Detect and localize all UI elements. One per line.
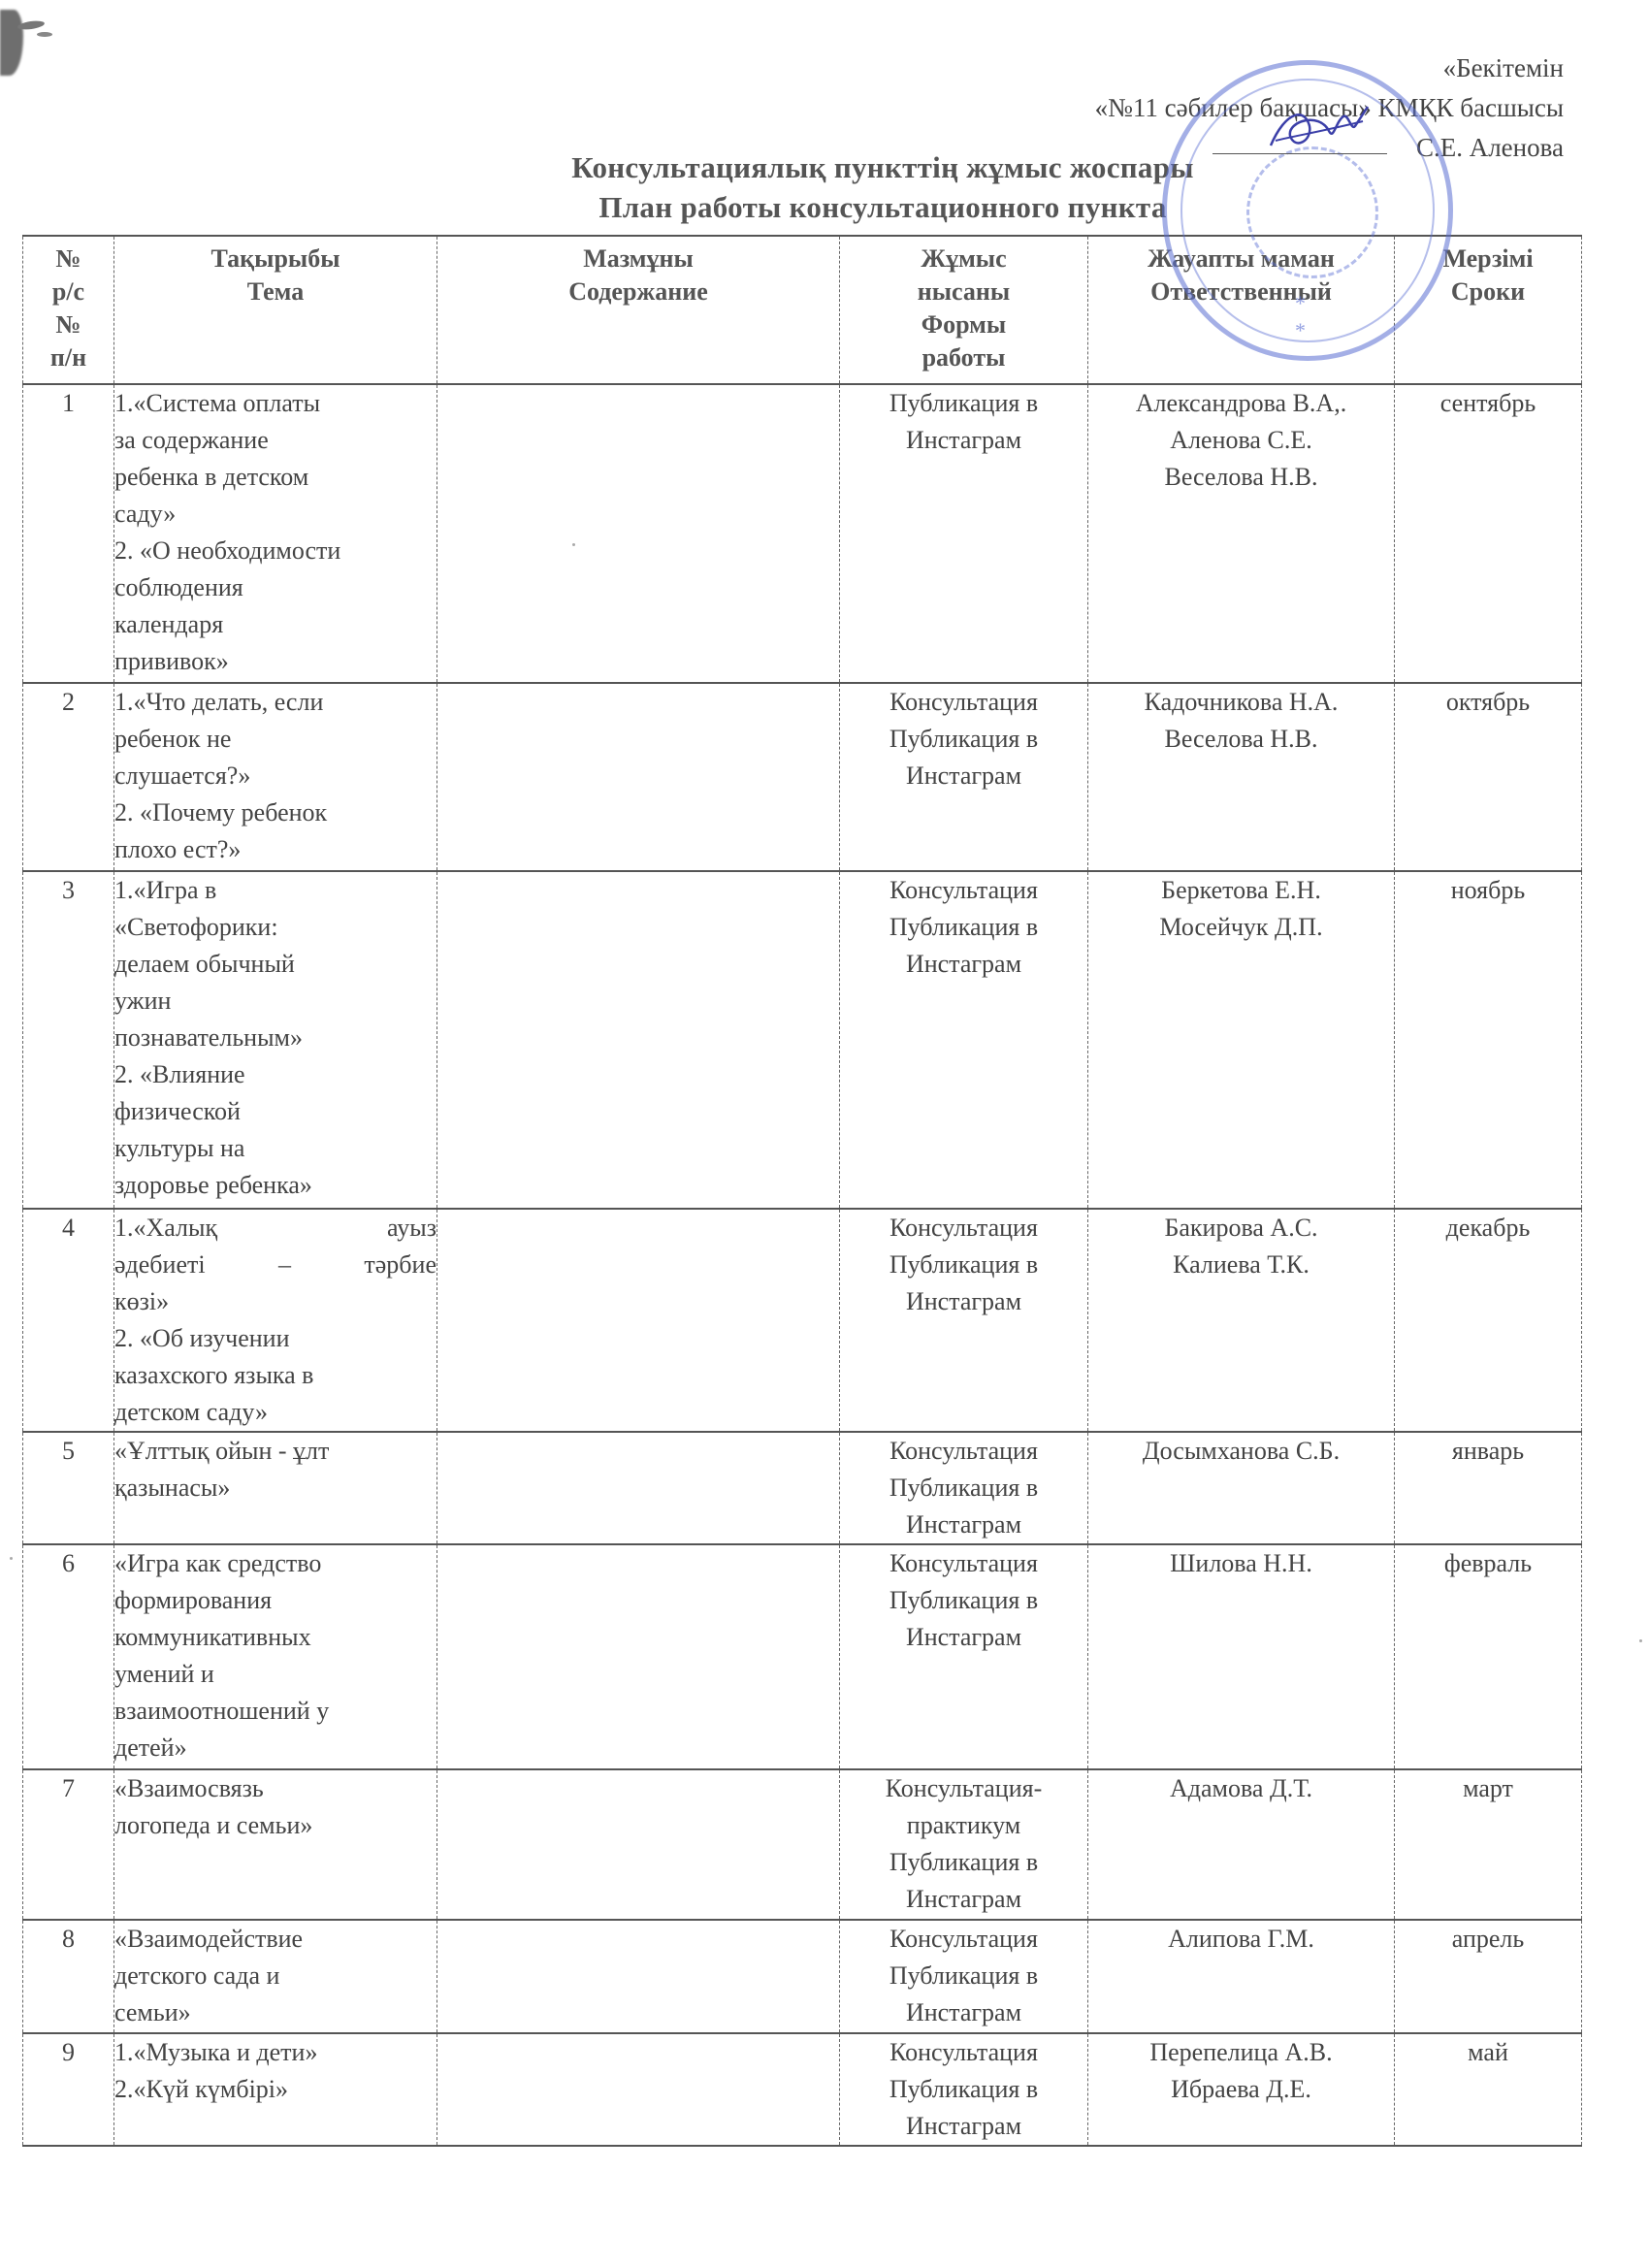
cell-topic-line: «Игра как средство [114,1545,436,1582]
cell-topic-line: коммуникативных [114,1619,436,1656]
cell-content [437,384,840,683]
cell-topic-line: 2.«Күй күмбірі» [114,2071,436,2108]
cell-topic-line: ужин [114,983,436,1020]
cell-topic-line: физической [114,1093,436,1130]
cell-forms-line: Инстаграм [840,1881,1087,1918]
table-row: 41.«Халық ауызәдебиеті – тәрбиекөзі»2. «… [23,1209,1582,1432]
cell-topic: «Взаимосвязьлогопеда и семьи» [114,1769,437,1920]
cell-responsible-line: Досымханова С.Б. [1088,1433,1394,1470]
cell-content [437,1432,840,1544]
scan-speck [1639,1639,1642,1642]
cell-topic-line: саду» [114,496,436,533]
cell-forms-line: Инстаграм [840,1994,1087,2031]
cell-responsible: Алипова Г.М. [1088,1920,1395,2033]
cell-forms: КонсультацияПубликация вИнстаграм [840,1432,1088,1544]
cell-term: май [1395,2033,1582,2146]
cell-forms-line: Публикация в [840,909,1087,946]
header-responsible: Жауапты маман Ответственный [1088,236,1395,384]
cell-responsible-line: Мосейчук Д.П. [1088,909,1394,946]
cell-topic-line: детей» [114,1730,436,1766]
table-header-row: № р/с № п/н Тақырыбы Тема Мазмұны Содерж… [23,236,1582,384]
cell-responsible-line: Перепелица А.В. [1088,2034,1394,2071]
cell-forms-line: Публикация в [840,385,1087,422]
cell-forms-line: Инстаграм [840,1507,1087,1543]
cell-forms-line: Консультация [840,684,1087,721]
cell-topic-line: формирования [114,1582,436,1619]
cell-topic-line: «Взаимосвязь [114,1770,436,1807]
cell-topic-line: взаимоотношений у [114,1693,436,1730]
cell-topic-line: здоровье ребенка» [114,1167,436,1204]
cell-topic-line: әдебиеті – тәрбие [114,1247,436,1283]
cell-number: 6 [23,1544,114,1769]
scan-blot [0,10,23,76]
scan-speck [10,1557,13,1560]
cell-topic-line: көзі» [114,1283,436,1320]
cell-topic-line: 1.«Халық ауыз [114,1210,436,1247]
table-row: 8«Взаимодействиедетского сада исемьи»Кон… [23,1920,1582,2033]
cell-term: декабрь [1395,1209,1582,1432]
cell-forms-line: Консультация- [840,1770,1087,1807]
table-row: 91.«Музыка и дети»2.«Күй күмбірі»Консуль… [23,2033,1582,2146]
cell-term: февраль [1395,1544,1582,1769]
cell-responsible-line: Аленова С.Е. [1088,422,1394,459]
header-forms: Жұмыс нысаны Формы работы [840,236,1088,384]
cell-forms-line: Консультация [840,1210,1087,1247]
cell-content [437,871,840,1209]
cell-responsible: Шилова Н.Н. [1088,1544,1395,1769]
cell-forms-line: Публикация в [840,1470,1087,1507]
cell-term: сентябрь [1395,384,1582,683]
table-row: 11.«Система оплатыза содержаниеребенка в… [23,384,1582,683]
cell-content [437,2033,840,2146]
cell-responsible-line: Александрова В.А,. [1088,385,1394,422]
cell-content [437,683,840,871]
consultation-plan-table: № р/с № п/н Тақырыбы Тема Мазмұны Содерж… [22,235,1582,2147]
signature-line [1212,153,1387,154]
cell-forms-line: Инстаграм [840,422,1087,459]
table-row: 31.«Игра в«Светофорики:делаем обычныйужи… [23,871,1582,1209]
cell-topic: «Игра как средствоформированиякоммуникат… [114,1544,437,1769]
cell-term: октябрь [1395,683,1582,871]
cell-topic-line: 2. «Влияние [114,1056,436,1093]
cell-content [437,1544,840,1769]
cell-topic-line: детском саду» [114,1394,436,1431]
cell-forms-line: Публикация в [840,721,1087,758]
cell-topic: «Ұлттық ойын - ұлтқазынасы» [114,1432,437,1544]
cell-forms-line: Консультация [840,872,1087,909]
cell-responsible-line: Алипова Г.М. [1088,1921,1394,1958]
cell-forms-line: Инстаграм [840,1283,1087,1320]
cell-topic-line: за содержание [114,422,436,459]
cell-responsible: Адамова Д.Т. [1088,1769,1395,1920]
cell-forms-line: Консультация [840,2034,1087,2071]
cell-number: 4 [23,1209,114,1432]
cell-topic-line: 1.«Что делать, если [114,684,436,721]
cell-number: 7 [23,1769,114,1920]
cell-topic-line: ребенка в детском [114,459,436,496]
cell-number: 8 [23,1920,114,2033]
cell-topic: 1.«Халық ауызәдебиеті – тәрбиекөзі»2. «О… [114,1209,437,1432]
cell-topic-line: делаем обычный [114,946,436,983]
cell-topic-line: «Ұлттық ойын - ұлт [114,1433,436,1470]
cell-topic-line: «Взаимодействие [114,1921,436,1958]
cell-term: ноябрь [1395,871,1582,1209]
cell-topic-line: плохо ест?» [114,831,436,868]
cell-responsible-line: Кадочникова Н.А. [1088,684,1394,721]
cell-topic-line: 2. «Почему ребенок [114,794,436,831]
cell-responsible-line: Адамова Д.Т. [1088,1770,1394,1807]
cell-topic-line: ребенок не [114,721,436,758]
cell-topic: 1.«Игра в«Светофорики:делаем обычныйужин… [114,871,437,1209]
cell-responsible: Александрова В.А,.Аленова С.Е.Веселова Н… [1088,384,1395,683]
cell-responsible: Перепелица А.В.Ибраева Д.Е. [1088,2033,1395,2146]
cell-topic-line: детского сада и [114,1958,436,1994]
cell-forms: КонсультацияПубликация вИнстаграм [840,871,1088,1209]
cell-forms-line: Публикация в [840,1582,1087,1619]
cell-responsible: Бакирова А.С.Калиева Т.К. [1088,1209,1395,1432]
cell-topic-line: 2. «О необходимости [114,533,436,569]
scan-speck [572,543,575,546]
cell-topic-line: 2. «Об изучении [114,1320,436,1357]
cell-responsible: Беркетова Е.Н.Мосейчук Д.П. [1088,871,1395,1209]
header-content: Мазмұны Содержание [437,236,840,384]
cell-forms: КонсультацияПубликация вИнстаграм [840,1544,1088,1769]
cell-topic-line: 1.«Система оплаты [114,385,436,422]
cell-forms-line: Публикация в [840,1844,1087,1881]
cell-topic-line: қазынасы» [114,1470,436,1507]
cell-forms: КонсультацияПубликация вИнстаграм [840,683,1088,871]
scan-blot [37,32,52,37]
cell-number: 1 [23,384,114,683]
cell-topic-line: логопеда и семьи» [114,1807,436,1844]
cell-term: март [1395,1769,1582,1920]
stamp-star-icon: * [1295,318,1306,343]
cell-content [437,1920,840,2033]
cell-term: апрель [1395,1920,1582,2033]
cell-forms: КонсультацияПубликация вИнстаграм [840,1920,1088,2033]
cell-responsible: Досымханова С.Б. [1088,1432,1395,1544]
table-row: 21.«Что делать, еслиребенок неслушается?… [23,683,1582,871]
cell-forms-line: Консультация [840,1433,1087,1470]
cell-topic-line: умений и [114,1656,436,1693]
approval-line: «№11 сәбилер бақшасы» КМҚК басшысы [1095,88,1564,128]
cell-topic-line: календаря [114,606,436,643]
cell-number: 9 [23,2033,114,2146]
cell-topic-line: казахского языка в [114,1357,436,1394]
header-term: Мерзімі Сроки [1395,236,1582,384]
cell-forms-line: Публикация в [840,2071,1087,2108]
cell-forms-line: Инстаграм [840,946,1087,983]
page-title-kazakh: Консультациялық пункттің жұмыс жоспары [58,150,1649,185]
cell-term: январь [1395,1432,1582,1544]
cell-responsible-line: Беркетова Е.Н. [1088,872,1394,909]
cell-responsible-line: Веселова Н.В. [1088,721,1394,758]
cell-number: 5 [23,1432,114,1544]
cell-responsible-line: Ибраева Д.Е. [1088,2071,1394,2108]
cell-topic-line: 1.«Музыка и дети» [114,2034,436,2071]
page-title-russian: План работы консультационного пункта [58,190,1649,225]
cell-responsible-line: Бакирова А.С. [1088,1210,1394,1247]
cell-forms: Публикация вИнстаграм [840,384,1088,683]
cell-topic: 1.«Система оплатыза содержаниеребенка в … [114,384,437,683]
cell-topic: 1.«Музыка и дети»2.«Күй күмбірі» [114,2033,437,2146]
cell-forms: КонсультацияПубликация вИнстаграм [840,2033,1088,2146]
cell-topic: 1.«Что делать, еслиребенок неслушается?»… [114,683,437,871]
cell-forms-line: практикум [840,1807,1087,1844]
header-number: № р/с № п/н [23,236,114,384]
cell-responsible: Кадочникова Н.А.Веселова Н.В. [1088,683,1395,871]
stamp-star-icon: * [1295,291,1306,316]
cell-topic-line: слушается?» [114,758,436,794]
cell-responsible-line: Калиева Т.К. [1088,1247,1394,1283]
cell-number: 2 [23,683,114,871]
cell-forms: Консультация-практикумПубликация вИнстаг… [840,1769,1088,1920]
approval-line: «Бекітемін [1095,49,1564,88]
table-row: 6«Игра как средствоформированиякоммуника… [23,1544,1582,1769]
cell-forms-line: Публикация в [840,1958,1087,1994]
cell-forms-line: Инстаграм [840,758,1087,794]
cell-number: 3 [23,871,114,1209]
cell-forms-line: Консультация [840,1545,1087,1582]
table-row: 5«Ұлттық ойын - ұлтқазынасы»Консультация… [23,1432,1582,1544]
cell-topic-line: «Светофорики: [114,909,436,946]
cell-forms: КонсультацияПубликация вИнстаграм [840,1209,1088,1432]
cell-forms-line: Консультация [840,1921,1087,1958]
cell-topic-line: познавательным» [114,1020,436,1056]
cell-topic-line: семьи» [114,1994,436,2031]
header-topic: Тақырыбы Тема [114,236,437,384]
cell-content [437,1769,840,1920]
cell-responsible-line: Шилова Н.Н. [1088,1545,1394,1582]
cell-forms-line: Инстаграм [840,2108,1087,2145]
cell-topic-line: прививок» [114,643,436,680]
cell-topic-line: 1.«Игра в [114,872,436,909]
cell-forms-line: Инстаграм [840,1619,1087,1656]
cell-content [437,1209,840,1432]
table-row: 7«Взаимосвязьлогопеда и семьи»Консультац… [23,1769,1582,1920]
cell-topic-line: культуры на [114,1130,436,1167]
cell-topic-line: соблюдения [114,569,436,606]
cell-forms-line: Публикация в [840,1247,1087,1283]
cell-responsible-line: Веселова Н.В. [1088,459,1394,496]
cell-topic: «Взаимодействиедетского сада исемьи» [114,1920,437,2033]
